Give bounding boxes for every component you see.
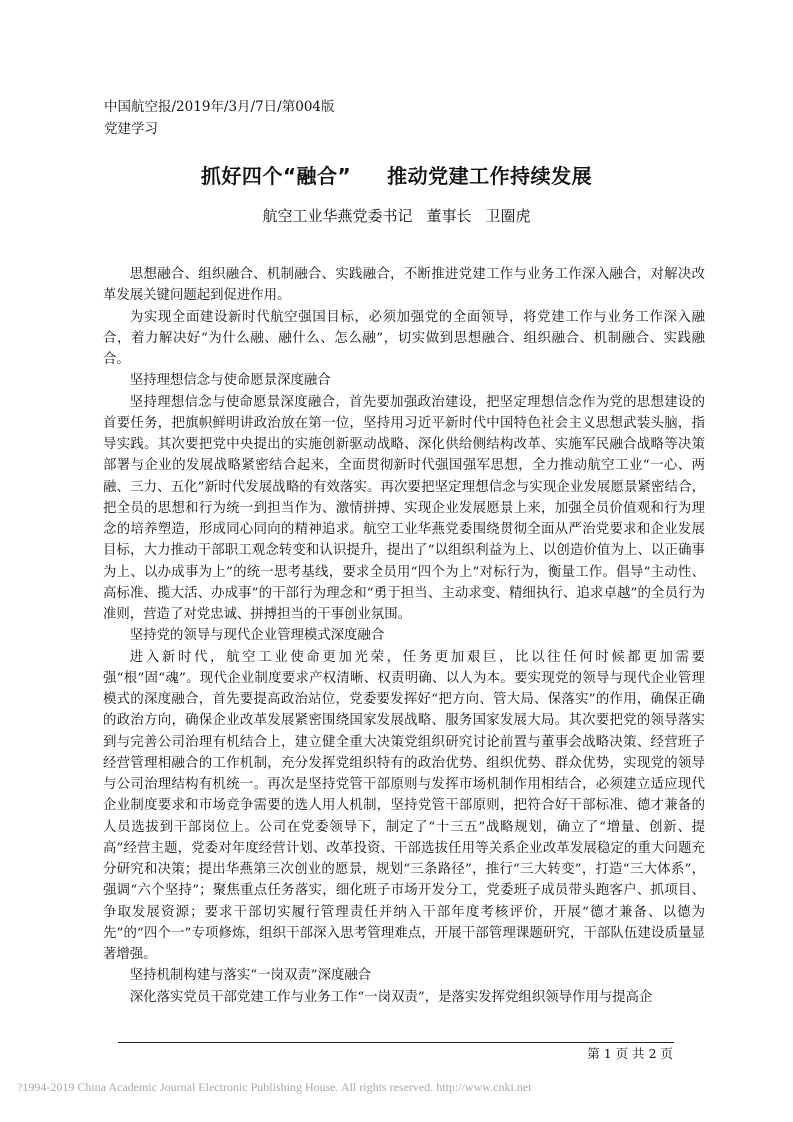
- paragraph: 深化落实党员干部党建工作与业务工作“一岗双责”，是落实发挥党组织领导作用与提高企: [103, 987, 705, 1008]
- author-line: 航空工业华燕党委书记董事长卫圈虎: [0, 205, 793, 226]
- author-organization: 航空工业华燕党委书记: [262, 207, 412, 225]
- paragraph-intro: 思想融合、组织融合、机制融合、实践融合，不断推进党建工作与业务工作深入融合，对解…: [103, 264, 705, 307]
- article-title: 抓好四个“融合”推动党建工作持续发展: [0, 160, 793, 189]
- author-name: 卫圈虎: [486, 207, 531, 225]
- section-heading: 坚持理想信念与使命愿景深度融合: [103, 370, 705, 391]
- author-role: 董事长: [426, 207, 471, 225]
- paragraph: 坚持理想信念与使命愿景深度融合，首先要加强政治建设，把坚定理想信念作为党的思想建…: [103, 392, 705, 626]
- copyright-notice: ?1994-2019 China Academic Journal Electr…: [17, 1080, 531, 1095]
- column-name: 党建学习: [104, 118, 335, 140]
- footer-divider: [118, 1042, 674, 1043]
- article-metadata: 中国航空报/2019年/3月/7日/第004版 党建学习: [104, 96, 335, 140]
- page-indicator: 第 1 页 共 2 页: [587, 1044, 673, 1062]
- paragraph: 进入新时代，航空工业使命更加光荣，任务更加艰巨，比以往任何时候都更加需要强“根”…: [103, 647, 705, 966]
- section-heading: 坚持机制构建与落实“一岗双责”深度融合: [103, 965, 705, 986]
- title-part-2: 推动党建工作持续发展: [387, 164, 592, 188]
- title-part-1: 抓好四个“融合”: [201, 164, 351, 188]
- section-heading: 坚持党的领导与现代企业管理模式深度融合: [103, 625, 705, 646]
- paragraph: 为实现全面建设新时代航空强国目标，必须加强党的全面领导，将党建工作与业务工作深入…: [103, 307, 705, 371]
- article-body: 思想融合、组织融合、机制融合、实践融合，不断推进党建工作与业务工作深入融合，对解…: [103, 264, 705, 1008]
- publication-source: 中国航空报/2019年/3月/7日/第004版: [104, 96, 335, 118]
